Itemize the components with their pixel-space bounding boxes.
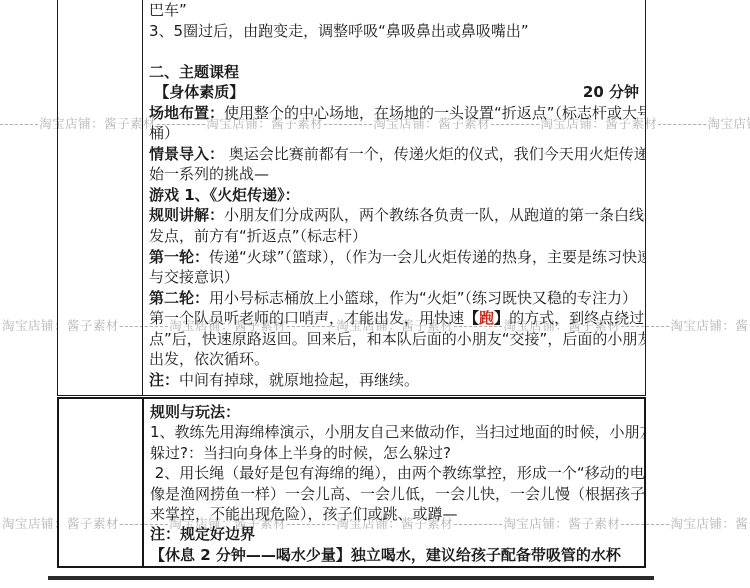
text-line: 规则与玩法： (150, 402, 640, 422)
lesson-plan-table-lower: 规则与玩法：1、教练先用海绵棒演示，小朋友自己来做动作，当扫过地面的时候，小朋友… (57, 397, 646, 568)
text-line: 2、用长绳（最好是包有海绵的绳），由两个教练掌控，形成一个“移动的电网”，（就 (150, 463, 640, 483)
text-line: 出发，依次循环。 (149, 349, 641, 370)
text-line: 与交接意识） (149, 267, 641, 288)
run-text: 注：规定好边界 (150, 524, 255, 544)
run-text: 场地布置： (149, 103, 224, 124)
run-text: 注： (149, 370, 179, 391)
run-text: 2、用长绳（最好是包有海绵的绳），由两个教练掌控，形成一个“移动的电网”，（就 (150, 463, 644, 483)
text-line: 第一轮：传递“火球”（篮球），（作为一会儿火炬传递的热身，主要是练习快速奔跑 (149, 247, 641, 268)
text-line: 点”后，快速原路返回。回来后，和本队后面的小朋友“交接”，后面的小朋友才能 (149, 329, 641, 350)
text-line: 第一个队员听老师的口哨声，才能出发，用快速【跑】的方式，到终点绕过“折返 (149, 308, 641, 329)
text-line: 注：规定好边界 (150, 524, 640, 544)
text-line (149, 41, 641, 62)
run-text: 独立喝水，建议给孩子配备带吸管的水杯 (351, 545, 621, 565)
run-text: 二、主题课程 (149, 62, 239, 83)
text-line: 发点，前方有“折返点”（标志杆） (149, 226, 641, 247)
run-text: 的方式，到终点绕过“折返 (509, 308, 645, 329)
text-line: 二、主题课程 (149, 62, 641, 83)
page-bottom-rule (48, 576, 654, 580)
text-line: 始一系列的挑战— (149, 164, 641, 185)
run-text: 游戏 1、《火炬传递》： (149, 185, 300, 206)
table-content-cell: 巴车”3、5圈过后，由跑变走，调整呼吸“鼻吸鼻出或鼻吸嘴出”二、主题课程 【身体… (143, 0, 645, 395)
text-line: 注：中间有掉球，就原地捡起，再继续。 (149, 370, 641, 391)
text-line: 巴车” (149, 0, 641, 21)
run-text: 桶） (149, 123, 179, 144)
run-text: 与交接意识） (149, 267, 239, 288)
run-text: 像是渔网捞鱼一样）一会儿高、一会儿低，一会儿快，一会儿慢（根据孩子的能力 (150, 484, 644, 504)
run-text: 规则与玩法： (150, 402, 240, 422)
table-left-empty-cell (59, 399, 144, 566)
run-text: 第一轮： (149, 247, 209, 268)
table-left-empty-cell (58, 0, 143, 395)
text-line: 桶） (149, 123, 641, 144)
run-text: 第一个队员听老师的口哨声，才能出发，用快速 (149, 308, 464, 329)
run-text: 点”后，快速原路返回。回来后，和本队后面的小朋友“交接”，后面的小朋友才能 (149, 329, 645, 350)
text-line: 1、教练先用海绵棒演示，小朋友自己来做动作，当扫过地面的时候，小朋友怎样 (150, 422, 640, 442)
run-text: 第二轮： (149, 288, 209, 309)
text-line: 像是渔网捞鱼一样）一会儿高、一会儿低，一会儿快，一会儿慢（根据孩子的能力 (150, 484, 640, 504)
lesson-plan-table-upper: 巴车”3、5圈过后，由跑变走，调整呼吸“鼻吸鼻出或鼻吸嘴出”二、主题课程 【身体… (57, 0, 646, 396)
text-line: 情景导入： 奥运会比赛前都有一个，传递火炬的仪式，我们今天用火炬传递来开 (149, 144, 641, 165)
text-line: 第二轮：用小号标志桶放上小篮球，作为“火炬”（练习既快又稳的专注力） (149, 288, 641, 309)
run-text: 躲过?：当扫向身体上半身的时候，怎么躲过? (150, 443, 451, 463)
run-text: 奥运会比赛前都有一个，传递火炬的仪式，我们今天用火炬传递来开 (224, 144, 645, 165)
text-line: 【身体素质】20 分钟 (149, 82, 641, 103)
run-text: 规则讲解： (149, 205, 224, 226)
run-text: 【身体素质】 (149, 82, 244, 103)
run-text: 】 (494, 308, 509, 329)
text-line: 规则讲解：小朋友们分成两队，两个教练各负责一队，从跑道的第一条白线作为出 (149, 205, 641, 226)
run-text: 3、5圈过后，由跑变走，调整呼吸“鼻吸鼻出或鼻吸嘴出” (149, 21, 529, 42)
table-content-cell: 规则与玩法：1、教练先用海绵棒演示，小朋友自己来做动作，当扫过地面的时候，小朋友… (144, 399, 644, 566)
run-text: 发点，前方有“折返点”（标志杆） (149, 226, 367, 247)
run-text: 1、教练先用海绵棒演示，小朋友自己来做动作，当扫过地面的时候，小朋友怎样 (150, 422, 644, 442)
scanned-lesson-plan-page: { "accent_red": "#c9271a", "watermark": … (0, 0, 750, 588)
run-text: 【休息 2 分钟——喝水少量】 (150, 545, 351, 565)
run-text: 情景导入： (149, 144, 224, 165)
run-text: 用小号标志桶放上小篮球，作为“火炬”（练习既快又稳的专注力） (209, 288, 637, 309)
run-text: 传递“火球”（篮球），（作为一会儿火炬传递的热身，主要是练习快速奔跑 (209, 247, 645, 268)
run-text: 出发，依次循环。 (149, 349, 269, 370)
text-line: 躲过?：当扫向身体上半身的时候，怎么躲过? (150, 443, 640, 463)
text-line: 场地布置：使用整个的中心场地，在场地的一头设置“折返点”（标志杆或大号角标 (149, 103, 641, 124)
duration-label: 20 分钟 (583, 82, 641, 103)
run-text: 中间有掉球，就原地捡起，再继续。 (179, 370, 419, 391)
run-text: 始一系列的挑战— (149, 164, 269, 185)
run-text: 小朋友们分成两队，两个教练各负责一队，从跑道的第一条白线作为出 (224, 205, 645, 226)
run-text: 巴车” (149, 0, 187, 21)
run-text: 来掌控，不能出现危险），孩子们或跳、或蹲— (150, 504, 458, 524)
text-line: 来掌控，不能出现危险），孩子们或跳、或蹲— (150, 504, 640, 524)
run-text: 【 (464, 308, 479, 329)
text-line: 3、5圈过后，由跑变走，调整呼吸“鼻吸鼻出或鼻吸嘴出” (149, 21, 641, 42)
highlighted-run-text: 跑 (479, 308, 494, 329)
run-text: 使用整个的中心场地，在场地的一头设置“折返点”（标志杆或大号角标 (224, 103, 645, 124)
text-line: 【休息 2 分钟——喝水少量】独立喝水，建议给孩子配备带吸管的水杯 (150, 545, 640, 565)
text-line: 游戏 1、《火炬传递》： (149, 185, 641, 206)
